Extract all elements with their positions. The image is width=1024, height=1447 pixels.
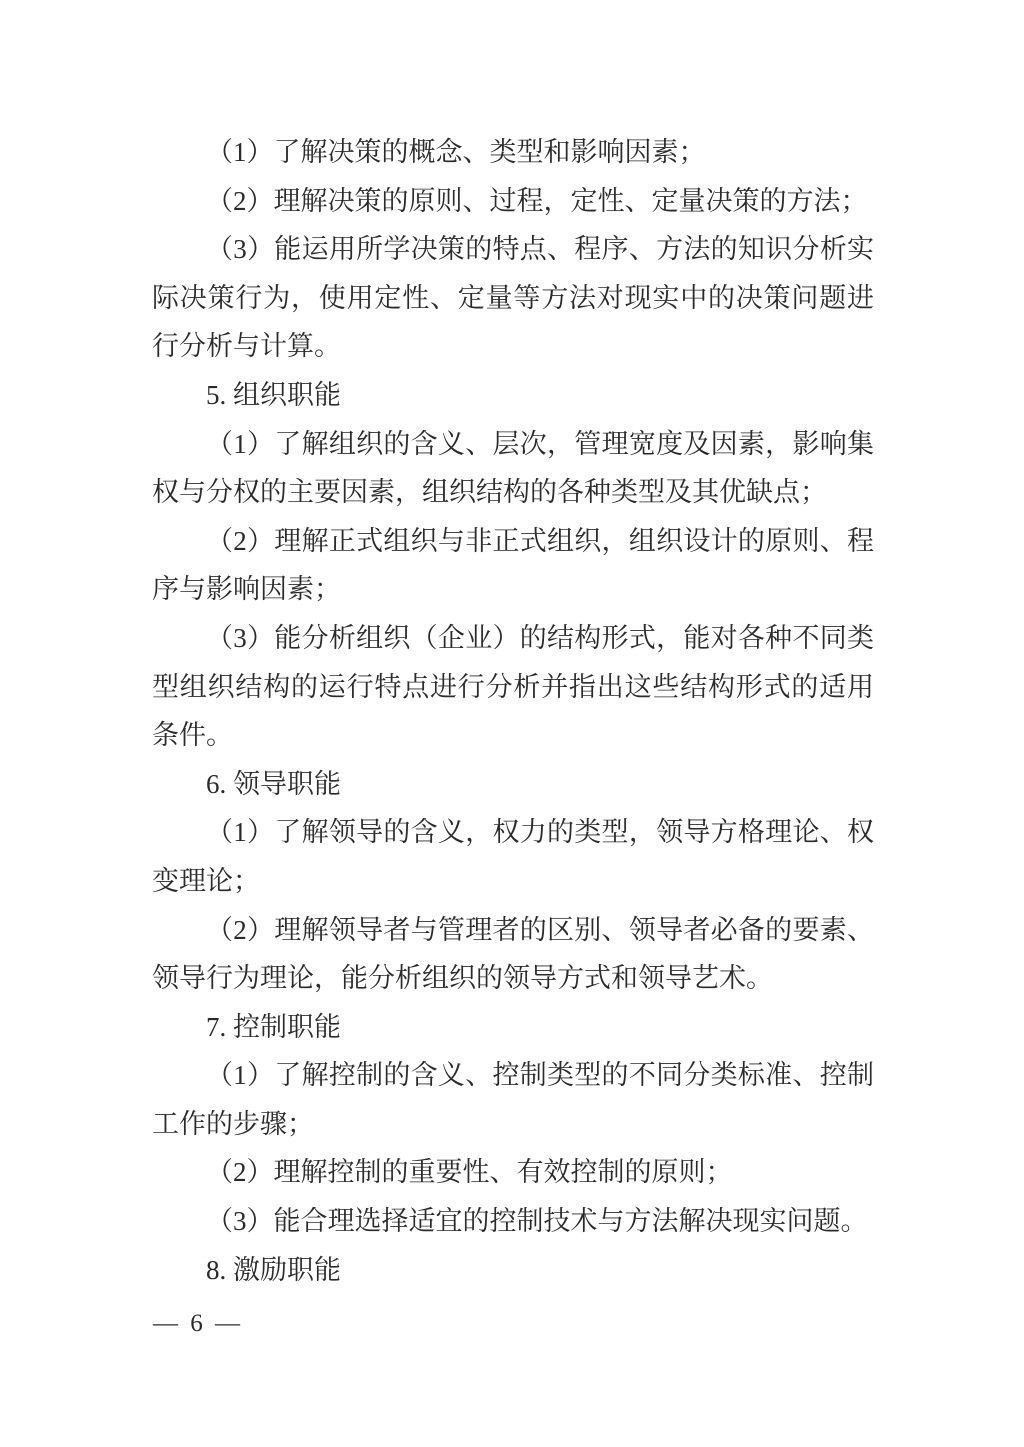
item-organizing-2: （2）理解正式组织与非正式组织，组织设计的原则、程序与影响因素；	[152, 517, 874, 614]
item-organizing-3: （3）能分析组织（企业）的结构形式，能对各种不同类型组织结构的运行特点进行分析并…	[152, 614, 874, 760]
document-body: （1）了解决策的概念、类型和影响因素； （2）理解决策的原则、过程，定性、定量决…	[152, 128, 874, 1294]
item-leading-1: （1）了解领导的含义，权力的类型，领导方格理论、权变理论；	[152, 808, 874, 905]
page-number: — 6 —	[153, 1310, 243, 1338]
heading-controlling-function: 7. 控制职能	[152, 1003, 874, 1052]
item-controlling-2: （2）理解控制的重要性、有效控制的原则；	[152, 1148, 874, 1197]
item-decision-2: （2）理解决策的原则、过程，定性、定量决策的方法；	[152, 177, 874, 226]
item-controlling-3: （3）能合理选择适宜的控制技术与方法解决现实问题。	[152, 1197, 874, 1246]
document-page: （1）了解决策的概念、类型和影响因素； （2）理解决策的原则、过程，定性、定量决…	[0, 0, 1024, 1447]
item-controlling-1: （1）了解控制的含义、控制类型的不同分类标准、控制工作的步骤；	[152, 1051, 874, 1148]
item-decision-1: （1）了解决策的概念、类型和影响因素；	[152, 128, 874, 177]
heading-leading-function: 6. 领导职能	[152, 760, 874, 809]
item-decision-3: （3）能运用所学决策的特点、程序、方法的知识分析实际决策行为，使用定性、定量等方…	[152, 225, 874, 371]
heading-organizing-function: 5. 组织职能	[152, 371, 874, 420]
item-leading-2: （2）理解领导者与管理者的区别、领导者必备的要素、领导行为理论，能分析组织的领导…	[152, 906, 874, 1003]
item-organizing-1: （1）了解组织的含义、层次，管理宽度及因素，影响集权与分权的主要因素，组织结构的…	[152, 420, 874, 517]
heading-motivation-function: 8. 激励职能	[152, 1246, 874, 1295]
